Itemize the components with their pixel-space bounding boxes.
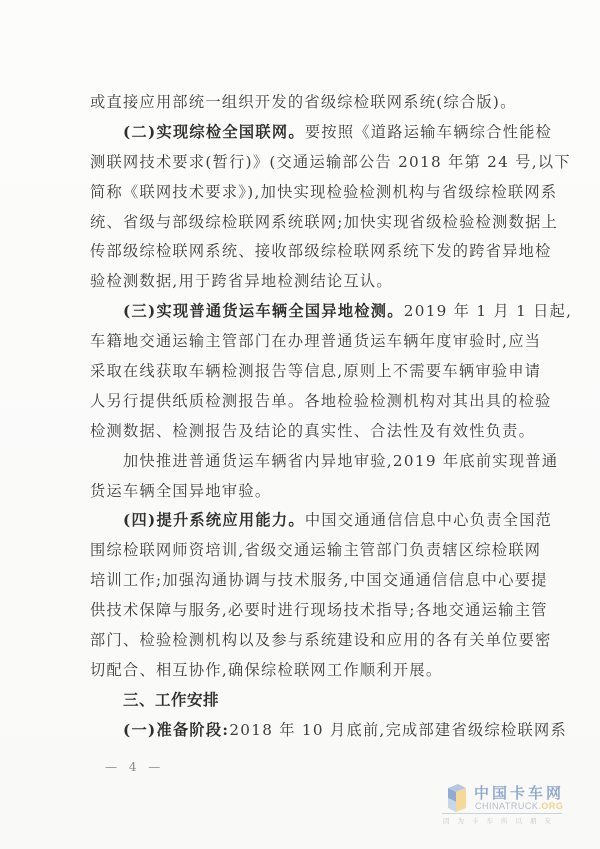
page-number: — 4 —: [105, 760, 164, 774]
text-line: (一)准备阶段:2018 年 10 月底前,完成部建省级综检联网系: [90, 716, 526, 746]
text-line: 简称《联网技术要求》),加快实现检验检测机构与省级综检联网系: [90, 178, 526, 208]
text-line: 货运车辆全国异地审验。: [90, 477, 526, 507]
text-line: 部门、检验检测机构以及参与系统建设和应用的各有关单位要密: [90, 626, 526, 656]
text-line: 或直接应用部统一组织开发的省级综检联网系统(综合版)。: [90, 88, 526, 118]
text-line: 传部级综检联网系统、接收部级综检联网系统下发的跨省异地检: [90, 237, 526, 267]
text-line: (三)实现普通货运车辆全国异地检测。2019 年 1 月 1 日起,: [90, 297, 526, 327]
text-line: (二)实现综检全国联网。要按照《道路运输车辆综合性能检: [90, 118, 526, 148]
logo-tagline: 因为卡车所以朋友: [443, 816, 559, 825]
text-line: 采取在线获取车辆检测报告等信息,原则上不需要车辆审验申请: [90, 357, 526, 387]
text-line: 人另行提供纸质检测报告单。各地检验检测机构对其出具的检验: [90, 387, 526, 417]
text-line: 统、省级与部级综检联网系统联网;加快实现省级检验检测数据上: [90, 208, 526, 238]
text-line: 测联网技术要求(暂行)》(交通运输部公告 2018 年第 24 号,以下: [90, 148, 526, 178]
section-heading: 三、工作安排: [90, 686, 526, 716]
text-line: 车籍地交通运输主管部门在办理普通货运车辆年度审验时,应当: [90, 327, 526, 357]
section-lead: (一)准备阶段:: [123, 721, 229, 739]
text-line: 培训工作;加强沟通协调与技术服务,中国交通通信信息中心要提: [90, 566, 526, 596]
text-line: 检测数据、检测报告及结论的真实性、合法性及有效性负责。: [90, 417, 526, 447]
text-line: 加快推进普通货运车辆省内异地审验,2019 年底前实现普通: [90, 447, 526, 477]
logo-chinese-name: 中国卡车网: [474, 782, 564, 803]
section-lead: (三)实现普通货运车辆全国异地检测。: [123, 302, 404, 320]
chinatruck-watermark: 中国卡车网 CHINATRUCK.ORG 因为卡车所以朋友: [442, 782, 582, 832]
text-line: 围综检联网师资培训,省级交通运输主管部门负责辖区综检联网: [90, 536, 526, 566]
document-body: 或直接应用部统一组织开发的省级综检联网系统(综合版)。 (二)实现综检全国联网。…: [90, 88, 526, 746]
section-lead: (二)实现综检全国联网。: [123, 123, 305, 141]
logo-english-name: CHINATRUCK.ORG: [475, 801, 563, 811]
document-page: 或直接应用部统一组织开发的省级综检联网系统(综合版)。 (二)实现综检全国联网。…: [0, 0, 600, 849]
section-lead: (四)提升系统应用能力。: [123, 511, 305, 529]
logo-divider: [442, 813, 562, 814]
text-line: 切配合、相互协作,确保综检联网工作顺利开展。: [90, 656, 526, 686]
cube-logo-icon: [444, 784, 468, 814]
text-line: 验检测数据,用于跨省异地检测结论互认。: [90, 267, 526, 297]
text-line: 供技术保障与服务,必要时进行现场技术指导;各地交通运输主管: [90, 596, 526, 626]
text-line: (四)提升系统应用能力。中国交通通信信息中心负责全国范: [90, 506, 526, 536]
